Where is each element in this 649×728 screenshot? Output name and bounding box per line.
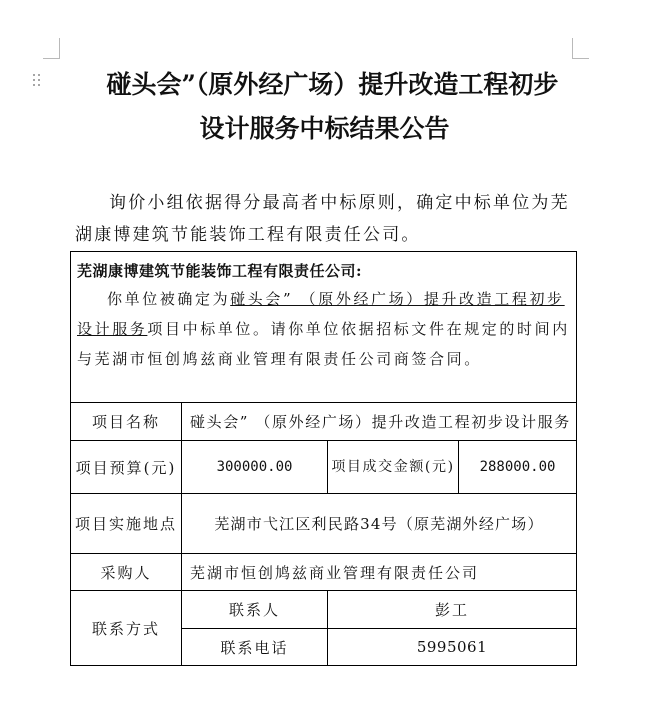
contact-person-value: 彭工 (328, 591, 577, 629)
contact-phone-value: 5995061 (328, 629, 577, 666)
location-value: 芜湖市弋江区利民路34号（原芜湖外经广场） (182, 494, 577, 554)
contact-phone-label: 联系电话 (182, 629, 328, 666)
location-label: 项目实施地点 (71, 494, 182, 554)
page-corner-mark-top-left (43, 38, 60, 59)
notice-body: 你单位被确定为碰头会” （原外经广场）提升改造工程初步设计服务项目中标单位。请你… (77, 284, 570, 374)
notice-cell: 芜湖康博建筑节能装饰工程有限责任公司: 你单位被确定为碰头会” （原外经广场）提… (71, 252, 577, 403)
deal-amount-label: 项目成交金额(元) (328, 441, 459, 494)
budget-value: 300000.00 (182, 441, 328, 494)
intro-paragraph: 询价小组依据得分最高者中标原则，确定中标单位为芜湖康博建筑节能装饰工程有限责任公… (75, 187, 580, 251)
notice-body-prefix: 你单位被确定为 (107, 290, 230, 308)
notice-body-suffix: 项目中标单位。请你单位依据招标文件在规定的时间内与芜湖市恒创鸠兹商业管理有限责任… (77, 320, 570, 368)
project-name-label: 项目名称 (71, 403, 182, 441)
budget-label: 项目预算(元) (71, 441, 182, 494)
contact-label: 联系方式 (71, 591, 182, 666)
document-title-line1: 碰头会”（原外经广场）提升改造工程初步 (8, 70, 649, 100)
notice-addressee: 芜湖康博建筑节能装饰工程有限责任公司: (77, 258, 570, 284)
contact-person-label: 联系人 (182, 591, 328, 629)
project-name-value: 碰头会” （原外经广场）提升改造工程初步设计服务 (182, 403, 577, 441)
page-corner-mark-top-right (572, 38, 589, 59)
purchaser-value: 芜湖市恒创鸠兹商业管理有限责任公司 (182, 554, 577, 591)
purchaser-label: 采购人 (71, 554, 182, 591)
award-table: 芜湖康博建筑节能装饰工程有限责任公司: 你单位被确定为碰头会” （原外经广场）提… (70, 251, 577, 666)
deal-amount-value: 288000.00 (459, 441, 577, 494)
document-title-line2: 设计服务中标结果公告 (0, 114, 649, 144)
